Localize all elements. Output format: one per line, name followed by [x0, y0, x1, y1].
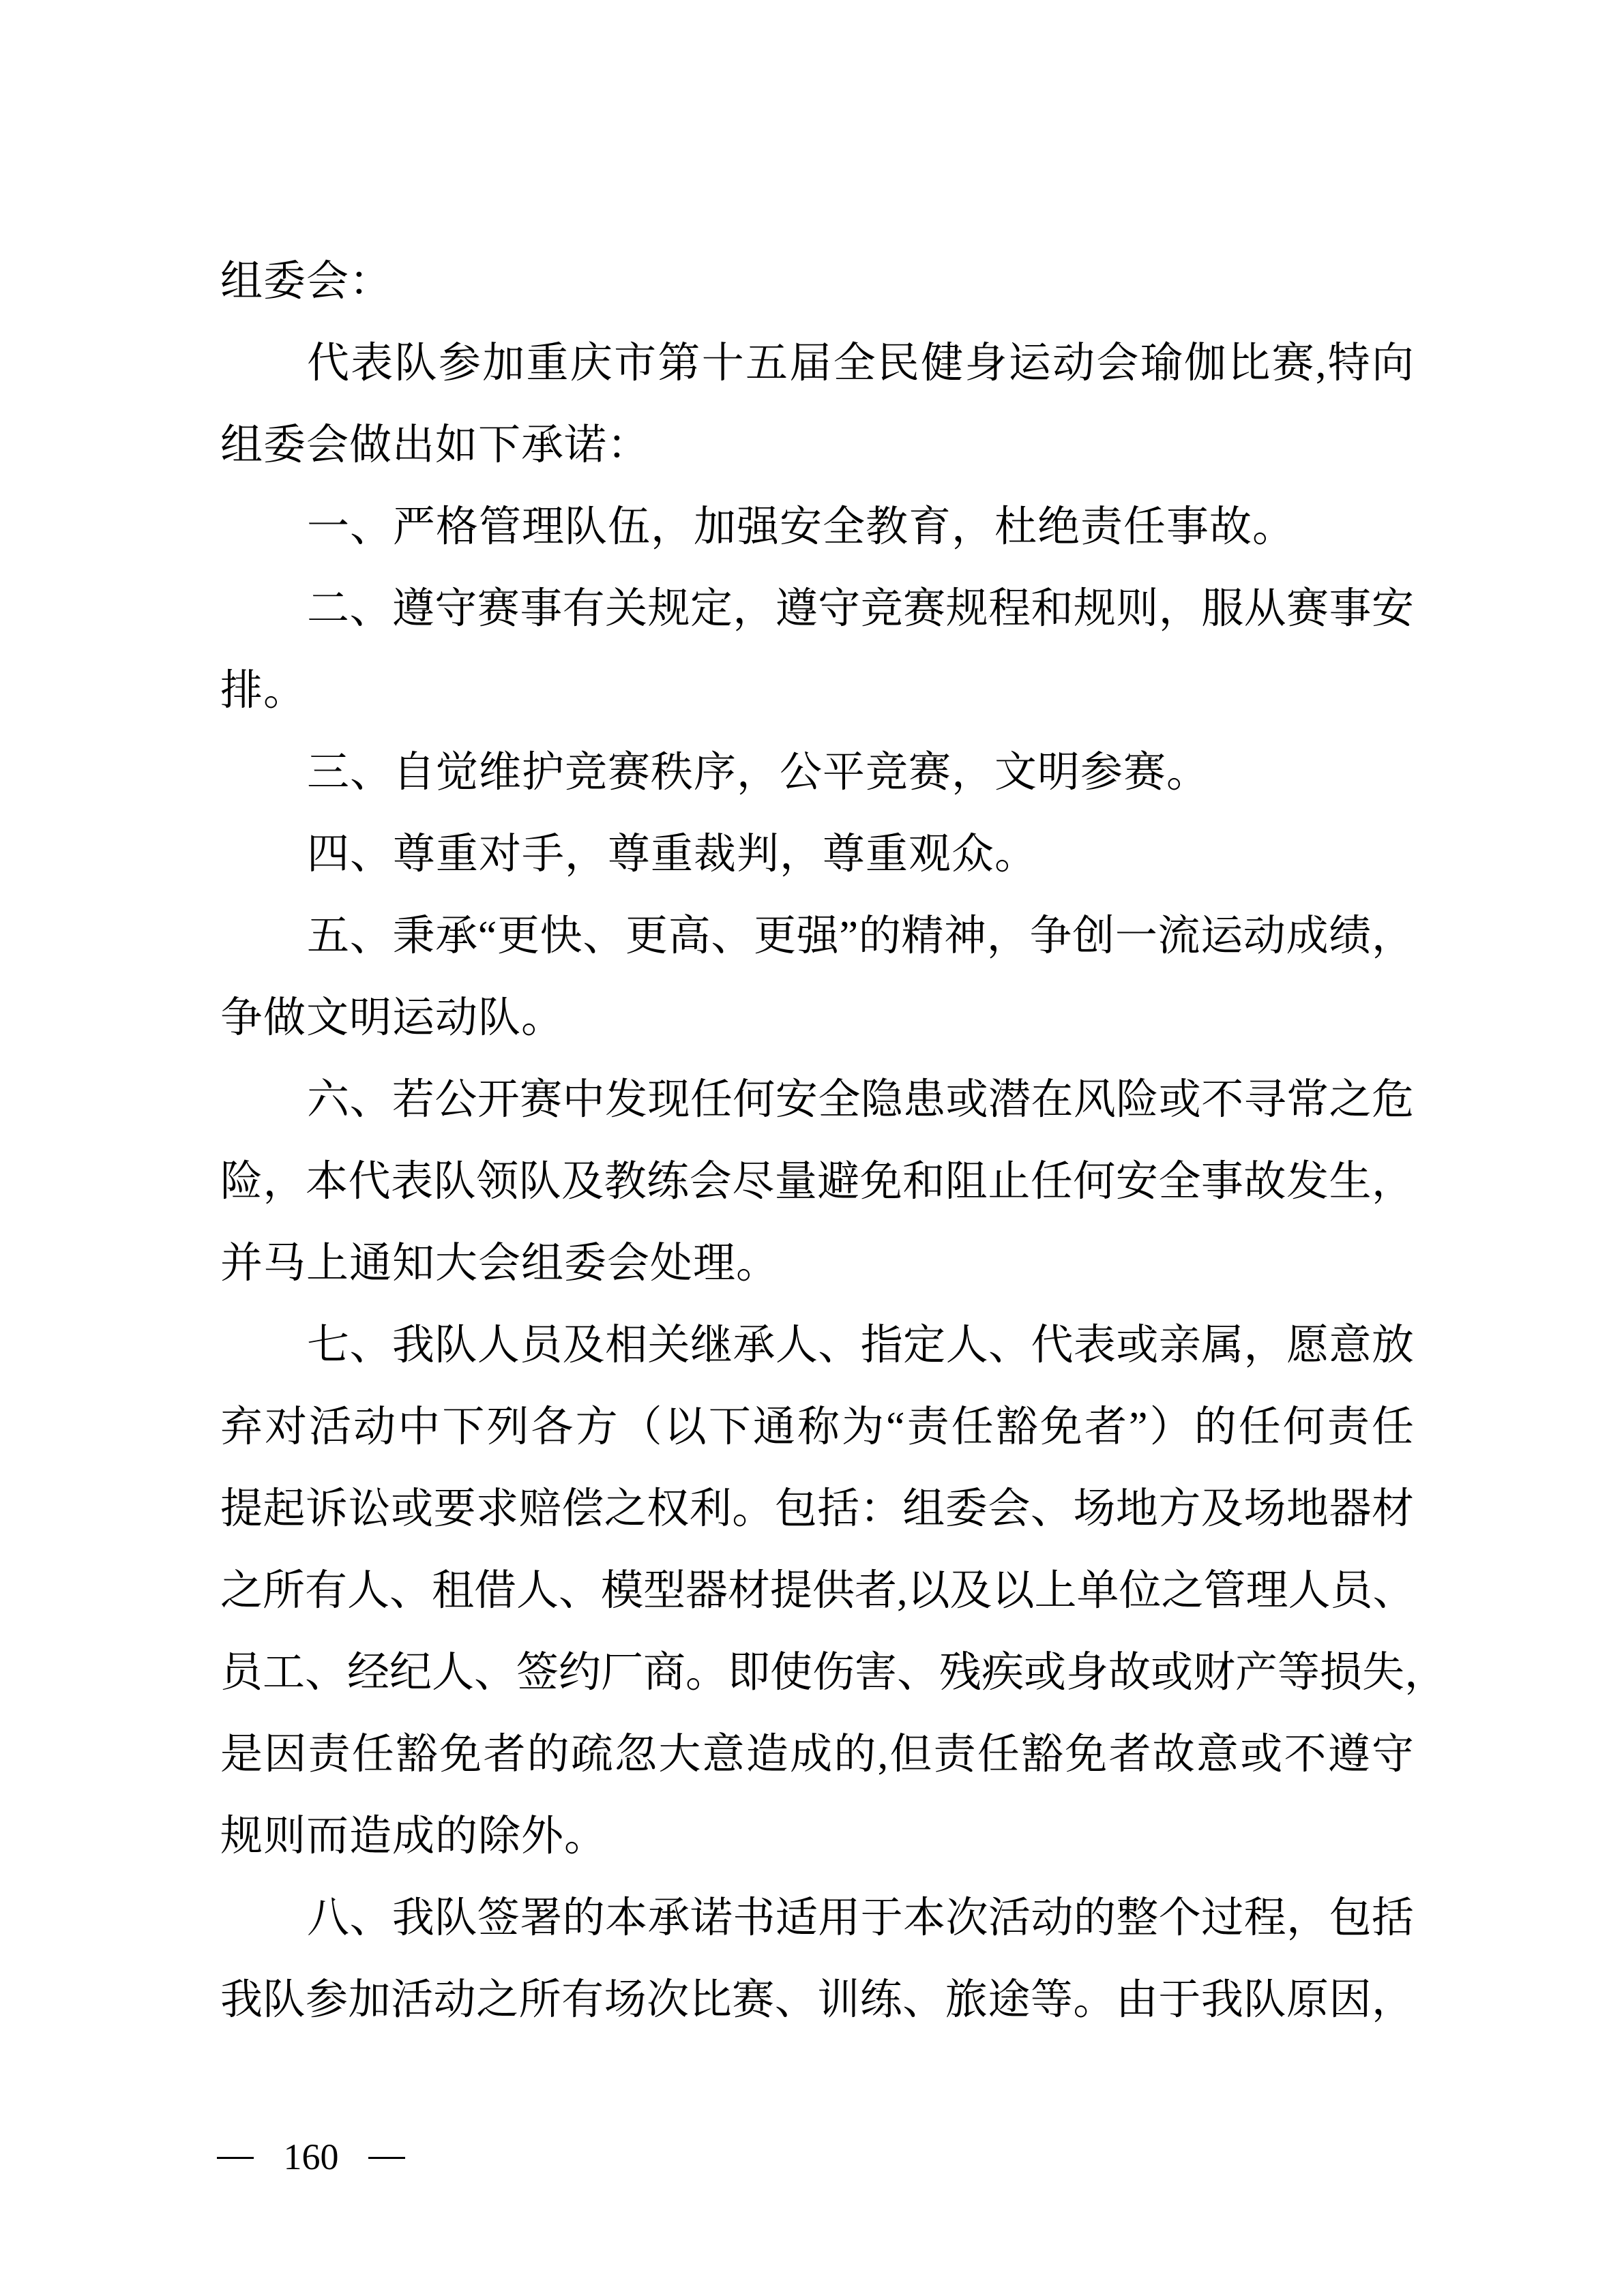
paragraph-line: 提起诉讼或要求赔偿之权利。包括：组委会、场地方及场地器材 [220, 1468, 1414, 1550]
pledge-item-4: 四、尊重对手，尊重裁判，尊重观众。 [220, 814, 1414, 895]
pledge-item-7: 七、我队人员及相关继承人、指定人、代表或亲属，愿意放 [220, 1304, 1414, 1386]
pledge-item-1: 一、严格管理队伍，加强安全教育，杜绝责任事故。 [220, 486, 1414, 568]
paragraph-line: 排。 [220, 650, 1414, 732]
document-page: 组委会： 代表队参加重庆市第十五届全民健身运动会瑜伽比赛,特向 组委会做出如下承… [0, 0, 1624, 2296]
pledge-item-5: 五、秉承“更快、更高、更强”的精神，争创一流运动成绩， [220, 895, 1414, 977]
paragraph-line: 代表队参加重庆市第十五届全民健身运动会瑜伽比赛,特向 [220, 323, 1414, 404]
page-footer: 160 [217, 2133, 405, 2181]
salutation-line: 组委会： [220, 241, 1414, 323]
pledge-item-3: 三、自觉维护竞赛秩序，公平竞赛，文明参赛。 [220, 732, 1414, 814]
body-text: 组委会： 代表队参加重庆市第十五届全民健身运动会瑜伽比赛,特向 组委会做出如下承… [220, 241, 1414, 2041]
paragraph-line: 是因责任豁免者的疏忽大意造成的,但责任豁免者故意或不遵守 [220, 1714, 1414, 1795]
pledge-item-2: 二、遵守赛事有关规定，遵守竞赛规程和规则，服从赛事安 [220, 568, 1414, 650]
paragraph-line: 弃对活动中下列各方（以下通称为“责任豁免者”）的任何责任 [220, 1386, 1414, 1468]
pledge-item-8: 八、我队签署的本承诺书适用于本次活动的整个过程，包括 [220, 1877, 1414, 1959]
pledge-item-6: 六、若公开赛中发现任何安全隐患或潜在风险或不寻常之危 [220, 1059, 1414, 1141]
paragraph-line: 争做文明运动队。 [220, 977, 1414, 1059]
paragraph-line: 并马上通知大会组委会处理。 [220, 1223, 1414, 1304]
paragraph-line: 组委会做出如下承诺： [220, 404, 1414, 486]
paragraph-line: 我队参加活动之所有场次比赛、训练、旅途等。由于我队原因， [220, 1959, 1414, 2041]
paragraph-line: 险，本代表队领队及教练会尽量避免和阻止任何安全事故发生， [220, 1141, 1414, 1223]
paragraph-line: 之所有人、租借人、模型器材提供者,以及以上单位之管理人员、 [220, 1550, 1414, 1632]
footer-dash-right [368, 2157, 405, 2159]
paragraph-line: 规则而造成的除外。 [220, 1795, 1414, 1877]
page-number: 160 [284, 2133, 339, 2181]
footer-dash-left [217, 2157, 254, 2159]
paragraph-line: 员工、经纪人、签约厂商。即使伤害、残疾或身故或财产等损失， [220, 1632, 1414, 1714]
